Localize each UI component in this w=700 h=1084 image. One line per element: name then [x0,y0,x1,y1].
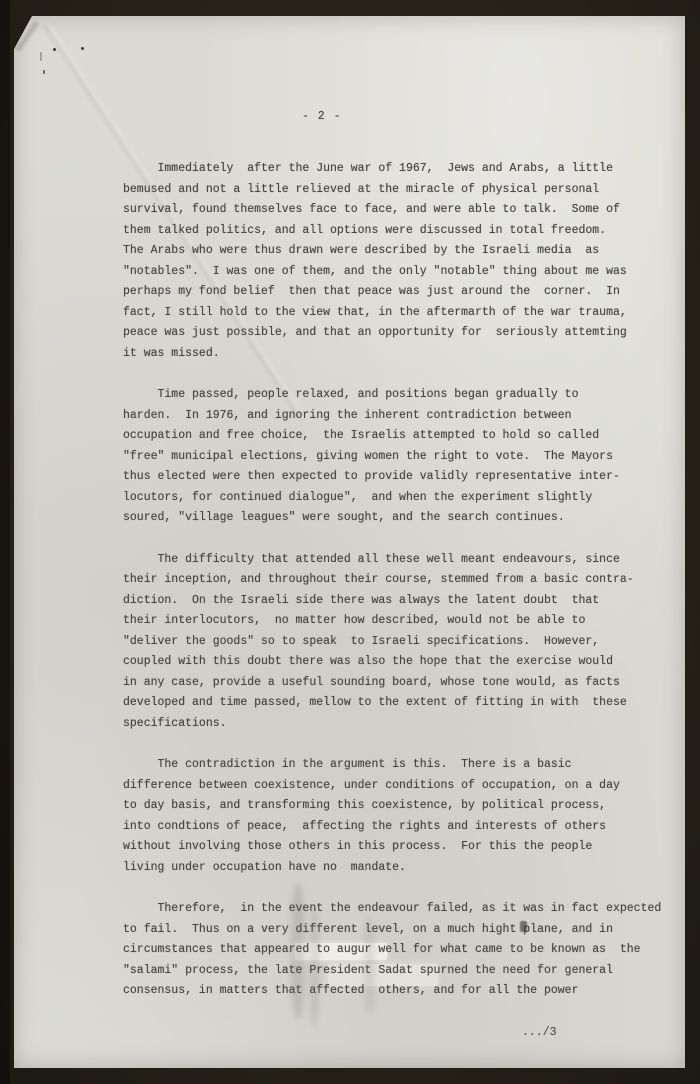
typewriter-overstrike-mark [520,921,527,932]
staple-hole [53,48,56,51]
page-number: - 2 - [302,110,342,123]
ink-smudge [310,908,319,1026]
paragraph-5: Therefore, in the event the endeavour fa… [123,899,683,1002]
ink-smudge [364,918,375,1013]
paragraph-1: Immediately after the June war of 1967, … [123,159,683,364]
continuation-mark: .../3 [522,1026,557,1039]
paragraph-2: Time passed, people relaxed, and positio… [123,385,683,529]
paper-speck [40,52,42,61]
paragraph-4: The contradiction in the argument is thi… [123,755,683,878]
ink-smudge [291,884,305,1019]
staple-hole [81,47,84,50]
scan-background: - 2 - Immediately after the June war of … [0,0,700,1084]
paper-speck [43,70,45,74]
paragraph-3: The difficulty that attended all these w… [123,550,683,735]
document-page: - 2 - Immediately after the June war of … [14,16,685,1068]
document-body: Immediately after the June war of 1967, … [123,159,683,1023]
folded-corner-crease [15,21,39,52]
